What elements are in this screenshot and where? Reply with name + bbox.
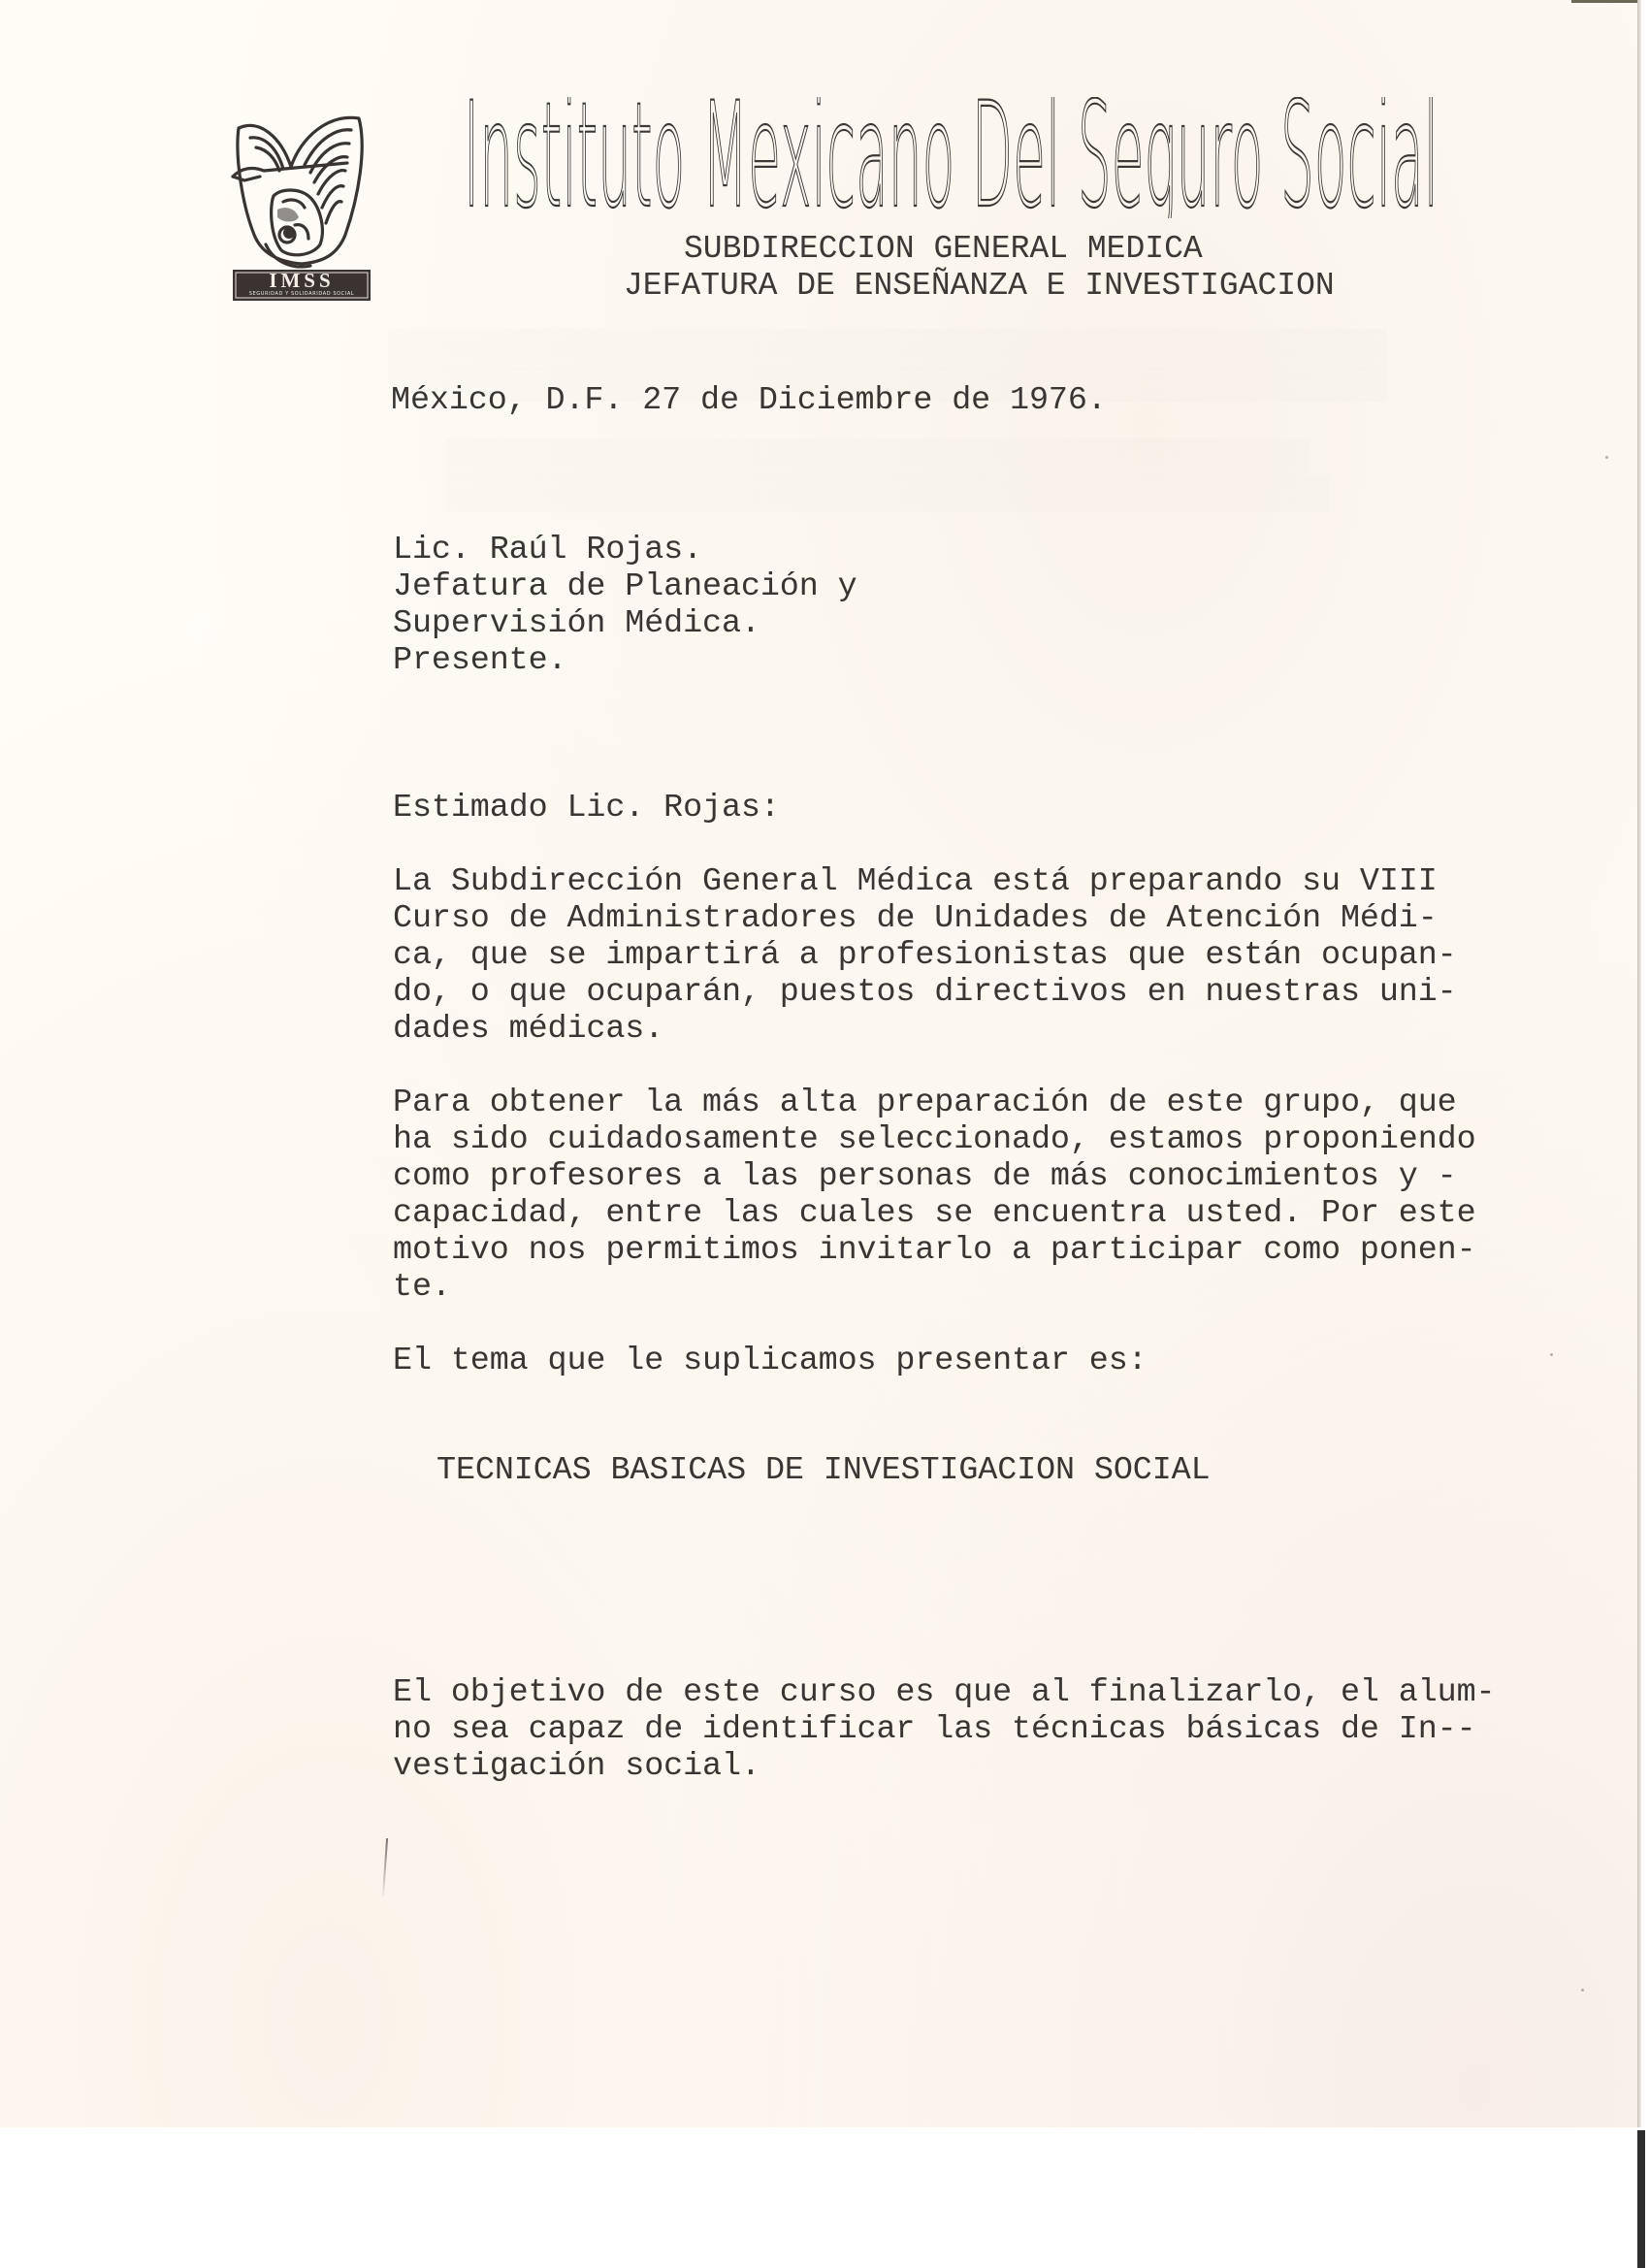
paragraph-line: capacidad, entre las cuales se encuentra… [393,1195,1476,1233]
paragraph-line: vestigación social. [393,1748,760,1786]
department-heading: SUBDIRECCION GENERAL MEDICA [684,231,1203,268]
paper-speck [1581,1989,1584,1992]
topic-intro: El tema que le suplicamos presentar es: [393,1343,1148,1380]
salutation: Estimado Lic. Rojas: [393,790,780,827]
recipient-line: Supervisión Médica. [393,605,760,643]
paper-top-edge [1571,0,1639,3]
office-heading: JEFATURA DE ENSEÑANZA E INVESTIGACION [624,268,1335,305]
presentation-topic: TECNICAS BASICAS DE INVESTIGACION SOCIAL [436,1452,1211,1490]
date-line: México, D.F. 27 de Diciembre de 1976. [391,382,1107,420]
recipient-line: Jefatura de Planeación y [393,568,857,606]
scanner-edge-bar [1637,2130,1645,2268]
paragraph-line: dades médicas. [393,1011,663,1049]
paragraph-line: El objetivo de este curso es que al fina… [393,1674,1495,1712]
paragraph-line: te. [393,1269,451,1307]
recipient-line: Presente. [393,642,566,680]
paper-right-edge [1637,0,1641,2127]
paragraph-line: Para obtener la más alta preparación de … [393,1085,1457,1122]
paragraph-line: La Subdirección General Médica está prep… [393,863,1438,901]
logo-motto: SEGURIDAD Y SOLIDARIDAD SOCIAL [231,291,372,298]
institution-name: Instituto Mexicano Del Seguro Social [464,97,1439,218]
paper-speck [1550,1353,1553,1356]
paragraph-line: ha sido cuidadosamente seleccionado, est… [393,1121,1476,1159]
paragraph-line: do, o que ocuparán, puestos directivos e… [393,974,1457,1012]
paragraph-line: motivo nos permitimos invitarlo a partic… [393,1232,1476,1270]
svg-text:Instituto Mexicano Del Seguro: Instituto Mexicano Del Seguro Social [464,97,1439,218]
imss-logo: IMSS SEGURIDAD Y SOLIDARIDAD SOCIAL [231,109,372,303]
letter-page [0,0,1639,2127]
show-through-text: ▒▒▒▒▒▒▒▒▒▒▒▒▒▒▒▒▒▒▒▒▒▒▒▒▒▒▒▒▒▒▒▒▒▒▒▒▒▒▒▒… [388,330,1387,514]
recipient-line: Lic. Raúl Rojas. [393,532,702,569]
paragraph-line: Curso de Administradores de Unidades de … [393,900,1438,938]
paragraph-line: no sea capaz de identificar las técnicas… [393,1711,1476,1749]
paragraph-line: ca, que se impartirá a profesionistas qu… [393,937,1457,975]
paper-speck [1605,456,1608,459]
paragraph-line: como profesores a las personas de más co… [393,1158,1457,1196]
logo-acronym: IMSS [231,270,372,291]
